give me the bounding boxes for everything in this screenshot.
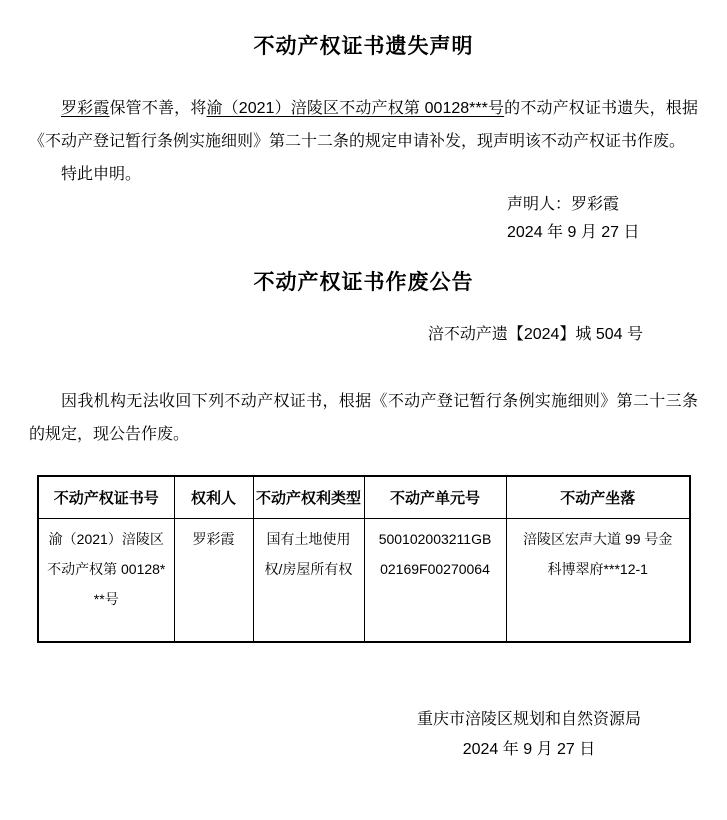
statement-date: 2024 年 9 月 27 日 — [507, 219, 698, 247]
declarant-signature-line: 声明人：罗彩霞 — [507, 191, 698, 219]
notice-paragraph: 因我机构无法收回下列不动产权证书，根据《不动产登记暂行条例实施细则》第二十三条的… — [29, 385, 698, 451]
cell-location: 涪陵区宏声大道 99 号金科博翠府***12-1 — [506, 518, 690, 642]
signature-block: 声明人：罗彩霞 2024 年 9 月 27 日 — [507, 191, 698, 247]
document-number: 涪不动产遗【2024】城 504 号 — [29, 318, 698, 351]
issuer-name: 重庆市涪陵区规划和自然资源局 — [417, 705, 641, 735]
loss-statement-paragraph: 罗彩霞保管不善，将渝（2021）涪陵区不动产权第 00128***号的不动产权证… — [29, 92, 698, 158]
table-row: 渝（2021）涪陵区不动产权第 00128***号 罗彩霞 国有土地使用权/房屋… — [38, 518, 690, 642]
cell-right-holder: 罗彩霞 — [174, 518, 253, 642]
table-header-row: 不动产权证书号 权利人 不动产权利类型 不动产单元号 不动产坐落 — [38, 476, 690, 518]
closing-line: 特此申明。 — [29, 158, 698, 191]
issuer-block: 重庆市涪陵区规划和自然资源局 2024 年 9 月 27 日 — [417, 705, 641, 765]
document-page: 不动产权证书遗失声明 罗彩霞保管不善，将渝（2021）涪陵区不动产权第 0012… — [0, 0, 727, 820]
cell-unit-no: 500102003211GB02169F00270064 — [364, 518, 506, 642]
cell-certificate-no: 渝（2021）涪陵区不动产权第 00128***号 — [38, 518, 174, 642]
statement-text-before-cert: 保管不善，将 — [110, 100, 207, 117]
certificate-number-underlined: 渝（2021）涪陵区不动产权第 00128***号 — [206, 100, 504, 117]
certificates-table: 不动产权证书号 权利人 不动产权利类型 不动产单元号 不动产坐落 渝（2021）… — [37, 475, 691, 643]
loss-statement-title: 不动产权证书遗失声明 — [29, 0, 698, 58]
invalidation-notice-title: 不动产权证书作废公告 — [29, 272, 698, 294]
col-header-unit-no: 不动产单元号 — [364, 476, 506, 518]
col-header-right-holder: 权利人 — [174, 476, 253, 518]
declarant-name-underlined: 罗彩霞 — [61, 100, 110, 117]
col-header-location: 不动产坐落 — [506, 476, 690, 518]
cell-right-type: 国有土地使用权/房屋所有权 — [253, 518, 364, 642]
col-header-right-type: 不动产权利类型 — [253, 476, 364, 518]
col-header-certificate-no: 不动产权证书号 — [38, 476, 174, 518]
notice-date: 2024 年 9 月 27 日 — [417, 735, 641, 765]
